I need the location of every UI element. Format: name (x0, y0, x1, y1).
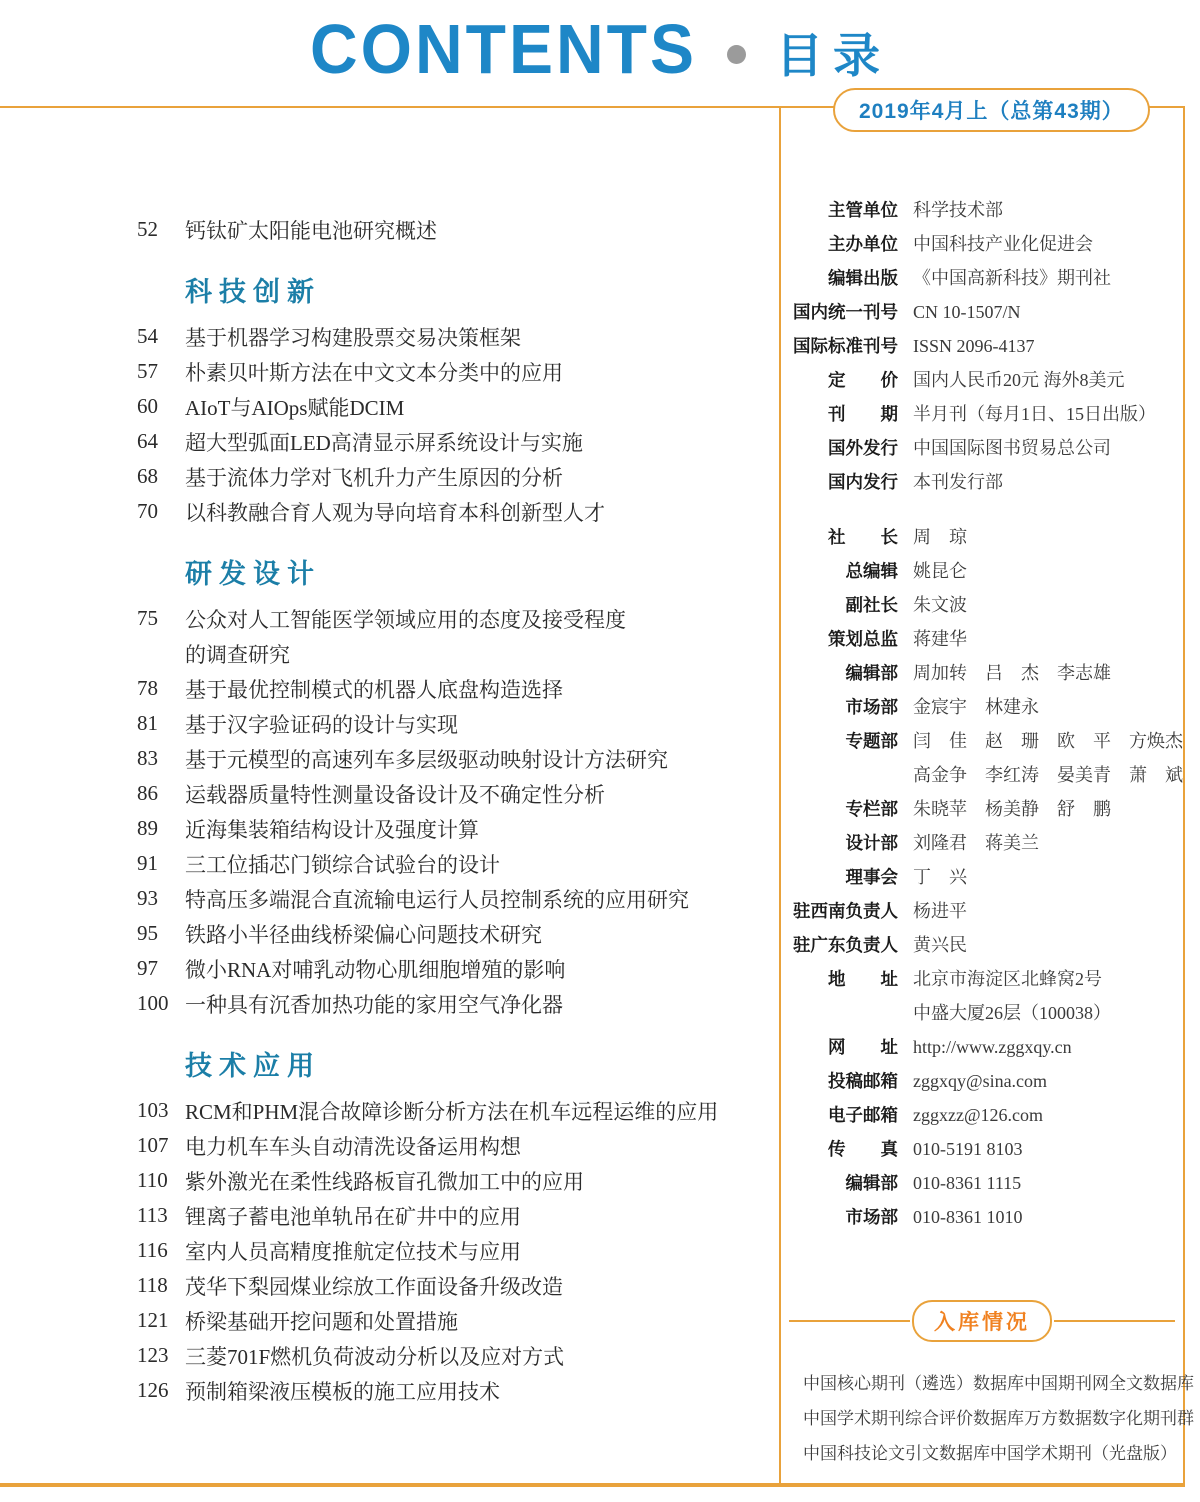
info-value: 丁 兴 (913, 867, 967, 888)
page-number: 54 (137, 324, 185, 349)
info-value: 朱晓苹 杨美静 舒 鹏 (913, 799, 1111, 820)
info-row: 市场部金宸宇 林建永 (781, 697, 1183, 718)
page-number: 123 (137, 1343, 185, 1368)
page-number: 97 (137, 956, 185, 981)
toc-entry-continued: 的调查研究 (137, 636, 779, 671)
info-value: 蒋建华 (913, 629, 967, 650)
database-item: 中国期刊网全文数据库 (1024, 1369, 1194, 1394)
toc-entry: 70以科教融合育人观为导向培育本科创新型人才 (137, 494, 779, 529)
page-number: 116 (137, 1238, 185, 1263)
toc-entry: 126预制箱梁液压模板的施工应用技术 (137, 1373, 779, 1408)
entry-title: 茂华下梨园煤业综放工作面设备升级改造 (185, 1271, 563, 1301)
info-row: 国内发行本刊发行部 (781, 472, 1183, 493)
entry-title: 预制箱梁液压模板的施工应用技术 (185, 1376, 500, 1406)
database-item: 中国学术期刊综合评价数据库 (803, 1404, 1024, 1429)
info-row: 专栏部朱晓苹 杨美静 舒 鹏 (781, 799, 1183, 820)
page-number: 78 (137, 676, 185, 701)
entry-title: 铁路小半径曲线桥梁偏心问题技术研究 (185, 919, 542, 949)
info-label: 社 长 (781, 527, 898, 548)
info-label: 刊 期 (781, 404, 898, 425)
entry-title: 运载器质量特性测量设备设计及不确定性分析 (185, 779, 605, 809)
info-value: 本刊发行部 (913, 472, 1003, 493)
entry-title: 三工位插芯门锁综合试验台的设计 (185, 849, 500, 879)
page-number: 75 (137, 606, 185, 631)
page-number: 100 (137, 991, 185, 1016)
info-row: 总编辑姚昆仑 (781, 561, 1183, 582)
entry-title: 基于流体力学对飞机升力产生原因的分析 (185, 462, 563, 492)
database-row: 中国科技论文引文数据库中国学术期刊（光盘版） (803, 1434, 1161, 1469)
info-row: 电子邮箱zggxzz@126.com (781, 1105, 1183, 1126)
info-row: 驻广东负责人黄兴民 (781, 935, 1183, 956)
entry-title: AIoT与AIOps赋能DCIM (185, 392, 404, 422)
toc-entry: 116室内人员高精度推航定位技术与应用 (137, 1233, 779, 1268)
entry-title: 以科教融合育人观为导向培育本科创新型人才 (185, 497, 605, 527)
page-number: 95 (137, 921, 185, 946)
info-label: 专栏部 (781, 799, 898, 820)
page-number: 110 (137, 1168, 185, 1193)
info-column: 主管单位科学技术部主办单位中国科技产业化促进会编辑出版《中国高新科技》期刊社国内… (779, 108, 1183, 1483)
info-label: 定 价 (781, 370, 898, 391)
database-header: 入库情况 (789, 1300, 1175, 1342)
info-value: 《中国高新科技》期刊社 (913, 268, 1111, 289)
info-label: 设计部 (781, 833, 898, 854)
entry-title: 锂离子蓄电池单轨吊在矿井中的应用 (185, 1201, 521, 1231)
info-row: 刊 期半月刊（每月1日、15日出版） (781, 404, 1183, 425)
page-frame: 52钙钛矿太阳能电池研究概述科技创新54基于机器学习构建股票交易决策框架57朴素… (0, 106, 1185, 1487)
info-row: 驻西南负责人杨进平 (781, 901, 1183, 922)
page-number: 64 (137, 429, 185, 454)
database-item: 中国核心期刊（遴选）数据库 (803, 1369, 1024, 1394)
toc-entry: 103RCM和PHM混合故障诊断分析方法在机车远程运维的应用 (137, 1093, 779, 1128)
page-number: 89 (137, 816, 185, 841)
entry-title: 的调查研究 (185, 639, 290, 669)
page-number: 93 (137, 886, 185, 911)
page-number: 86 (137, 781, 185, 806)
info-label: 地 址 (781, 969, 898, 1024)
info-label: 市场部 (781, 697, 898, 718)
info-row: 策划总监蒋建华 (781, 629, 1183, 650)
info-value: 朱文波 (913, 595, 967, 616)
toc-entry: 54基于机器学习构建股票交易决策框架 (137, 319, 779, 354)
entry-title: 基于最优控制模式的机器人底盘构造选择 (185, 674, 563, 704)
page-number: 126 (137, 1378, 185, 1403)
toc-entry: 113锂离子蓄电池单轨吊在矿井中的应用 (137, 1198, 779, 1233)
info-value: 010-8361 1010 (913, 1207, 1023, 1228)
issue-badge: 2019年4月上（总第43期） (833, 88, 1150, 132)
contents-title-zh: 目录 (776, 19, 890, 86)
info-value-line2: 高金争 李红涛 晏美青 萧 斌 (913, 765, 1183, 786)
toc-entry: 81基于汉字验证码的设计与实现 (137, 706, 779, 741)
info-row: 网 址http://www.zggxqy.cn (781, 1037, 1183, 1058)
page-number: 52 (137, 217, 185, 242)
info-value: 闫 佳 赵 珊 欧 平 方焕杰高金争 李红涛 晏美青 萧 斌 (913, 731, 1183, 786)
info-row: 国际标准刊号ISSN 2096-4137 (781, 336, 1183, 357)
info-label: 编辑部 (781, 663, 898, 684)
info-row: 市场部010-8361 1010 (781, 1207, 1183, 1228)
database-row: 中国学术期刊综合评价数据库万方数据数字化期刊群 (803, 1399, 1161, 1434)
toc-entry: 60AIoT与AIOps赋能DCIM (137, 389, 779, 424)
info-value: 刘隆君 蒋美兰 (913, 833, 1039, 854)
info-value: zggxqy@sina.com (913, 1071, 1047, 1092)
info-value: http://www.zggxqy.cn (913, 1037, 1072, 1058)
entry-title: 特高压多端混合直流输电运行人员控制系统的应用研究 (185, 884, 689, 914)
info-label: 编辑部 (781, 1173, 898, 1194)
entry-title: 紫外激光在柔性线路板盲孔微加工中的应用 (185, 1166, 584, 1196)
toc-entry: 100一种具有沉香加热功能的家用空气净化器 (137, 986, 779, 1021)
page-number: 70 (137, 499, 185, 524)
info-row: 地 址北京市海淀区北蜂窝2号中盛大厦26层（100038） (781, 969, 1183, 1024)
info-row: 定 价国内人民币20元 海外8美元 (781, 370, 1183, 391)
toc-entry: 75公众对人工智能医学领域应用的态度及接受程度 (137, 601, 779, 636)
info-row: 编辑部010-8361 1115 (781, 1173, 1183, 1194)
entry-title: 桥梁基础开挖问题和处置措施 (185, 1306, 458, 1336)
page-number: 81 (137, 711, 185, 736)
toc-entry: 93特高压多端混合直流输电运行人员控制系统的应用研究 (137, 881, 779, 916)
info-label: 投稿邮箱 (781, 1071, 898, 1092)
info-value: 北京市海淀区北蜂窝2号中盛大厦26层（100038） (913, 969, 1111, 1024)
entry-title: 室内人员高精度推航定位技术与应用 (185, 1236, 521, 1266)
section-heading: 科技创新 (185, 275, 779, 309)
info-row: 国内统一刊号CN 10-1507/N (781, 302, 1183, 323)
info-value: 周 琼 (913, 527, 967, 548)
entry-title: 钙钛矿太阳能电池研究概述 (185, 215, 437, 245)
database-row: 中国核心期刊（遴选）数据库中国期刊网全文数据库 (803, 1364, 1161, 1399)
toc-entry: 52钙钛矿太阳能电池研究概述 (137, 212, 779, 247)
toc-entry: 91三工位插芯门锁综合试验台的设计 (137, 846, 779, 881)
info-row: 专题部闫 佳 赵 珊 欧 平 方焕杰高金争 李红涛 晏美青 萧 斌 (781, 731, 1183, 786)
info-label: 国内统一刊号 (781, 302, 898, 323)
divider-line-left (789, 1320, 910, 1322)
entry-title: 基于元模型的高速列车多层级驱动映射设计方法研究 (185, 744, 668, 774)
page-number: 91 (137, 851, 185, 876)
toc-entry: 89近海集装箱结构设计及强度计算 (137, 811, 779, 846)
database-item: 中国科技论文引文数据库 (803, 1439, 990, 1464)
info-value: 科学技术部 (913, 200, 1003, 221)
entry-title: 电力机车车头自动清洗设备运用构想 (185, 1131, 521, 1161)
info-value: 中国国际图书贸易总公司 (913, 438, 1111, 459)
info-label: 编辑出版 (781, 268, 898, 289)
page-number: 107 (137, 1133, 185, 1158)
contents-title-en: CONTENTS (310, 14, 697, 83)
info-value-line2: 中盛大厦26层（100038） (913, 1003, 1111, 1024)
page-number: 113 (137, 1203, 185, 1228)
page-number: 118 (137, 1273, 185, 1298)
info-label: 总编辑 (781, 561, 898, 582)
entry-title: 一种具有沉香加热功能的家用空气净化器 (185, 989, 563, 1019)
info-value: CN 10-1507/N (913, 302, 1021, 323)
info-value: 中国科技产业化促进会 (913, 234, 1093, 255)
info-label: 国内发行 (781, 472, 898, 493)
toc-entry: 95铁路小半径曲线桥梁偏心问题技术研究 (137, 916, 779, 951)
database-item: 万方数据数字化期刊群 (1024, 1404, 1194, 1429)
entry-title: 基于机器学习构建股票交易决策框架 (185, 322, 521, 352)
toc-entry: 86运载器质量特性测量设备设计及不确定性分析 (137, 776, 779, 811)
info-value: 国内人民币20元 海外8美元 (913, 370, 1125, 391)
info-label: 驻西南负责人 (781, 901, 898, 922)
separator-dot-icon (727, 45, 746, 64)
info-rows: 主管单位科学技术部主办单位中国科技产业化促进会编辑出版《中国高新科技》期刊社国内… (781, 200, 1183, 1228)
page-number: 68 (137, 464, 185, 489)
entry-title: 三菱701F燃机负荷波动分析以及应对方式 (185, 1341, 564, 1371)
toc-entry: 78基于最优控制模式的机器人底盘构造选择 (137, 671, 779, 706)
toc-entry: 123三菱701F燃机负荷波动分析以及应对方式 (137, 1338, 779, 1373)
section-heading: 技术应用 (185, 1049, 779, 1083)
info-value: 周加转 吕 杰 李志雄 (913, 663, 1111, 684)
info-label: 策划总监 (781, 629, 898, 650)
info-row: 理事会丁 兴 (781, 867, 1183, 888)
page-number: 103 (137, 1098, 185, 1123)
info-row: 编辑部周加转 吕 杰 李志雄 (781, 663, 1183, 684)
toc-entry: 121桥梁基础开挖问题和处置措施 (137, 1303, 779, 1338)
info-label: 主办单位 (781, 234, 898, 255)
database-section-title: 入库情况 (912, 1300, 1052, 1342)
info-label: 主管单位 (781, 200, 898, 221)
info-value: 黄兴民 (913, 935, 967, 956)
toc-entry: 83基于元模型的高速列车多层级驱动映射设计方法研究 (137, 741, 779, 776)
info-value: 金宸宇 林建永 (913, 697, 1039, 718)
info-label: 国际标准刊号 (781, 336, 898, 357)
toc-column: 52钙钛矿太阳能电池研究概述科技创新54基于机器学习构建股票交易决策框架57朴素… (0, 108, 779, 1483)
info-row: 编辑出版《中国高新科技》期刊社 (781, 268, 1183, 289)
divider-line-right (1054, 1320, 1175, 1322)
info-row: 主管单位科学技术部 (781, 200, 1183, 221)
toc-entry: 118茂华下梨园煤业综放工作面设备升级改造 (137, 1268, 779, 1303)
entry-title: 公众对人工智能医学领域应用的态度及接受程度 (185, 604, 626, 634)
page-number: 83 (137, 746, 185, 771)
info-value: 010-8361 1115 (913, 1173, 1021, 1194)
info-value: 010-5191 8103 (913, 1139, 1023, 1160)
info-label: 理事会 (781, 867, 898, 888)
info-label: 市场部 (781, 1207, 898, 1228)
page-number: 57 (137, 359, 185, 384)
entry-title: 近海集装箱结构设计及强度计算 (185, 814, 479, 844)
info-row: 主办单位中国科技产业化促进会 (781, 234, 1183, 255)
info-row: 副社长朱文波 (781, 595, 1183, 616)
info-label: 网 址 (781, 1037, 898, 1058)
info-label: 电子邮箱 (781, 1105, 898, 1126)
toc-list: 52钙钛矿太阳能电池研究概述科技创新54基于机器学习构建股票交易决策框架57朴素… (137, 212, 779, 1408)
info-label: 传 真 (781, 1139, 898, 1160)
database-item: 中国学术期刊（光盘版） (990, 1439, 1177, 1464)
database-list: 中国核心期刊（遴选）数据库中国期刊网全文数据库中国学术期刊综合评价数据库万方数据… (789, 1364, 1175, 1469)
info-label: 驻广东负责人 (781, 935, 898, 956)
info-row: 国外发行中国国际图书贸易总公司 (781, 438, 1183, 459)
page-number: 60 (137, 394, 185, 419)
section-heading: 研发设计 (185, 557, 779, 591)
toc-entry: 57朴素贝叶斯方法在中文文本分类中的应用 (137, 354, 779, 389)
info-label: 专题部 (781, 731, 898, 786)
info-value: zggxzz@126.com (913, 1105, 1043, 1126)
info-label: 国外发行 (781, 438, 898, 459)
entry-title: 微小RNA对哺乳动物心肌细胞增殖的影响 (185, 954, 565, 984)
entry-title: 朴素贝叶斯方法在中文文本分类中的应用 (185, 357, 563, 387)
entry-title: RCM和PHM混合故障诊断分析方法在机车远程运维的应用 (185, 1096, 718, 1126)
toc-entry: 97微小RNA对哺乳动物心肌细胞增殖的影响 (137, 951, 779, 986)
info-value: ISSN 2096-4137 (913, 336, 1035, 357)
info-value: 杨进平 (913, 901, 967, 922)
toc-entry: 107电力机车车头自动清洗设备运用构想 (137, 1128, 779, 1163)
info-label: 副社长 (781, 595, 898, 616)
info-row: 设计部刘隆君 蒋美兰 (781, 833, 1183, 854)
masthead: CONTENTS 目录 (0, 6, 1200, 92)
toc-entry: 64超大型弧面LED高清显示屏系统设计与实施 (137, 424, 779, 459)
page-number: 121 (137, 1308, 185, 1333)
entry-title: 超大型弧面LED高清显示屏系统设计与实施 (185, 427, 583, 457)
toc-entry: 110紫外激光在柔性线路板盲孔微加工中的应用 (137, 1163, 779, 1198)
info-row: 传 真010-5191 8103 (781, 1139, 1183, 1160)
info-value: 姚昆仑 (913, 561, 967, 582)
toc-entry: 68基于流体力学对飞机升力产生原因的分析 (137, 459, 779, 494)
database-section: 入库情况 中国核心期刊（遴选）数据库中国期刊网全文数据库中国学术期刊综合评价数据… (789, 1300, 1175, 1469)
entry-title: 基于汉字验证码的设计与实现 (185, 709, 458, 739)
info-value: 半月刊（每月1日、15日出版） (913, 404, 1156, 425)
info-row: 社 长周 琼 (781, 527, 1183, 548)
info-row: 投稿邮箱zggxqy@sina.com (781, 1071, 1183, 1092)
